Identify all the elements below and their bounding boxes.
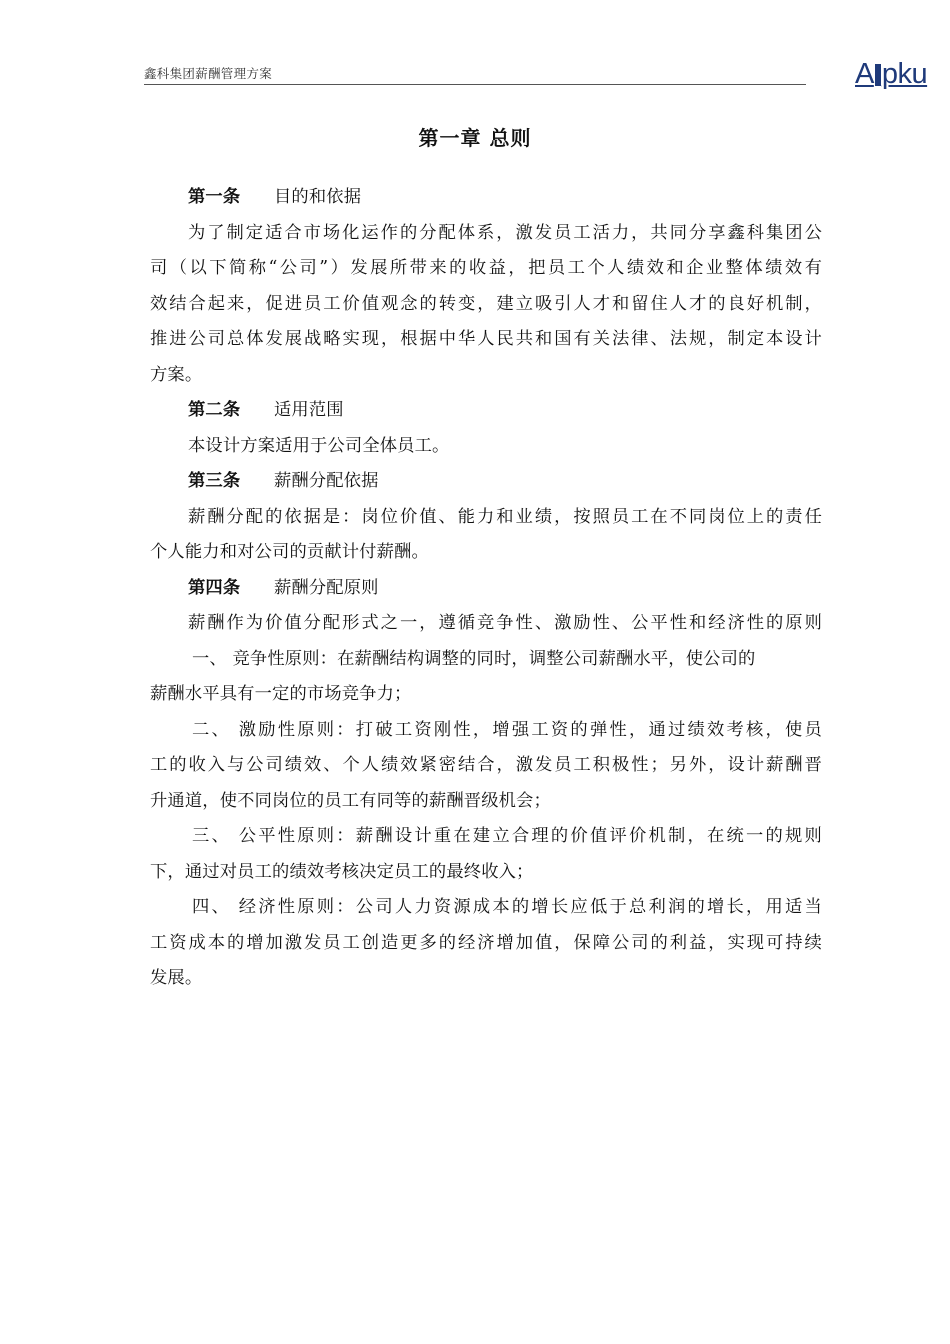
page-header: 鑫科集团薪酬管理方案 (144, 62, 806, 85)
paragraph-line: 工的收入与公司绩效、个人绩效紧密结合，激发员工积极性；另外，设计薪酬晋 (150, 748, 822, 784)
paragraph-line: 司（以下简称“公司”）发展所带来的收益，把员工个人绩效和企业整体绩效有 (150, 251, 822, 287)
article-label: 第三条 (188, 464, 274, 500)
article-heading: 第二条适用范围 (150, 393, 822, 429)
paragraph-line: 为了制定适合市场化运作的分配体系，激发员工活力，共同分享鑫科集团公 (150, 216, 822, 252)
document-header-title: 鑫科集团薪酬管理方案 (144, 64, 272, 82)
logo-letter-a: A (855, 60, 874, 88)
article-title: 目的和依据 (274, 187, 361, 207)
paragraph-line: 下，通过对员工的绩效考核决定员工的最终收入； (150, 855, 822, 891)
article-title: 薪酬分配原则 (274, 578, 379, 598)
logo-letters: pku (882, 60, 927, 88)
paragraph-line: 推进公司总体发展战略实现，根据中华人民共和国有关法律、法规，制定本设计 (150, 322, 822, 358)
paragraph-line: 效结合起来，促进员工价值观念的转变，建立吸引人才和留住人才的良好机制， (150, 287, 822, 323)
article-label: 第一条 (188, 180, 274, 216)
principle-item-line: 二、 激励性原则：打破工资刚性，增强工资的弹性，通过绩效考核，使员 (150, 713, 822, 749)
paragraph-line: 薪酬作为价值分配形式之一，遵循竞争性、激励性、公平性和经济性的原则 (150, 606, 822, 642)
paragraph-line: 个人能力和对公司的贡献计付薪酬。 (150, 535, 822, 571)
document-body: 第一条目的和依据 为了制定适合市场化运作的分配体系，激发员工活力，共同分享鑫科集… (150, 180, 822, 997)
paragraph-line: 薪酬水平具有一定的市场竞争力； (150, 677, 822, 713)
chapter-title: 第一章 总则 (0, 122, 950, 151)
article-heading: 第四条薪酬分配原则 (150, 571, 822, 607)
paragraph-line: 工资成本的增加激发员工创造更多的经济增加值，保障公司的利益，实现可持续 (150, 926, 822, 962)
article-heading: 第三条薪酬分配依据 (150, 464, 822, 500)
principle-item-line: 一、 竞争性原则：在薪酬结构调整的同时，调整公司薪酬水平，使公司的 (150, 642, 822, 678)
paragraph-line: 发展。 (150, 961, 822, 997)
paragraph-line: 升通道，使不同岗位的员工有同等的薪酬晋级机会； (150, 784, 822, 820)
article-label: 第四条 (188, 571, 274, 607)
logo-bar-icon (875, 64, 881, 86)
article-title: 适用范围 (274, 400, 344, 420)
article-label: 第二条 (188, 393, 274, 429)
article-heading: 第一条目的和依据 (150, 180, 822, 216)
principle-item-line: 三、 公平性原则：薪酬设计重在建立合理的价值评价机制，在统一的规则 (150, 819, 822, 855)
paragraph-line: 本设计方案适用于公司全体员工。 (150, 429, 822, 465)
paragraph-line: 薪酬分配的依据是：岗位价值、能力和业绩，按照员工在不同岗位上的责任 (150, 500, 822, 536)
article-title: 薪酬分配依据 (274, 471, 379, 491)
company-logo: A pku (855, 54, 927, 88)
principle-item-line: 四、 经济性原则：公司人力资源成本的增长应低于总利润的增长，用适当 (150, 890, 822, 926)
paragraph-line: 方案。 (150, 358, 822, 394)
